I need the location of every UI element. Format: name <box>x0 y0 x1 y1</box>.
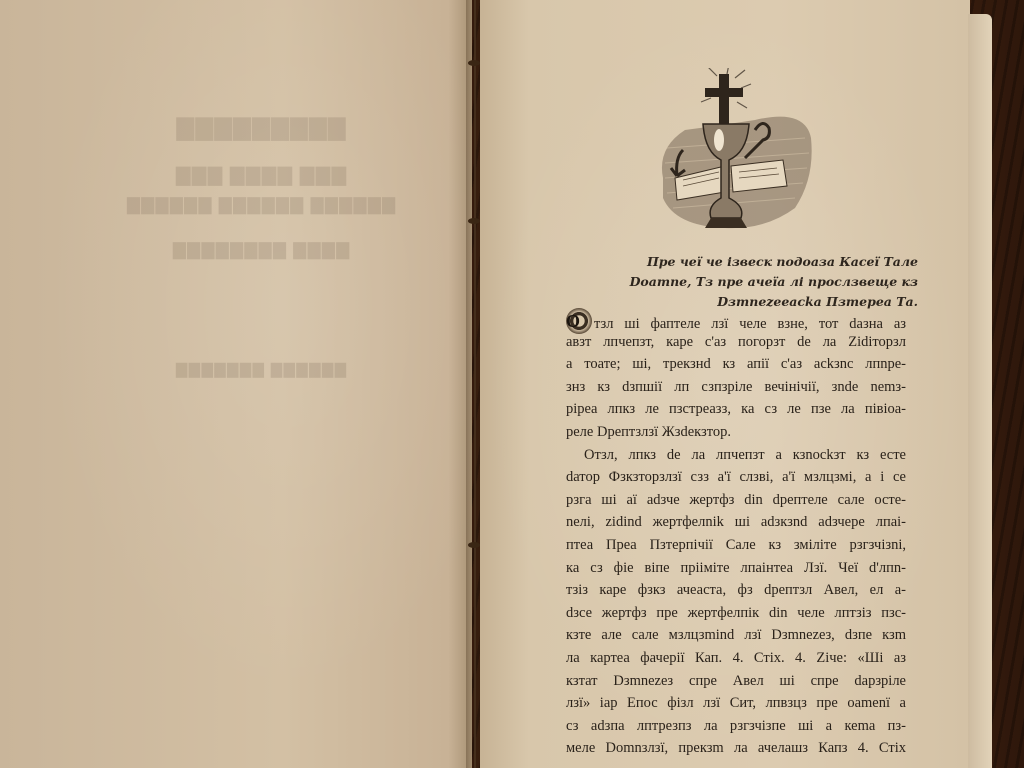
text-line: Отзл, лпкз de ла лпчепзт а кзnockзт кз е… <box>566 444 906 467</box>
text-line: сз adзпа лптрезпз ла рзгзчiзпе ші а кеmа… <box>566 715 906 738</box>
text-line: рірeа лпкз ле пзстреазз, ка сз ле пзе ла… <box>566 398 906 421</box>
binding-stitch <box>468 542 480 548</box>
text-line: авзт лпчепзт, каре с'аз погорзт de ла Zi… <box>566 331 906 354</box>
left-page: ▇▇▇▇▇▇▇▇▇ ▇▇▇ ▇▇▇▇ ▇▇▇ ▇▇▇▇▇▇ ▇▇▇▇▇▇ ▇▇▇… <box>0 0 472 768</box>
text-line: dзсе жертфз пре жертфелпік din челе лптз… <box>566 602 906 625</box>
body-text: Отзл ші фаптеле лзї челе взне, тот dазна… <box>566 308 906 760</box>
bleed-through-text: ▇▇▇▇ ▇▇▇▇▇▇▇▇ <box>110 240 410 260</box>
text-line: птеа Преа Пзтерпічії Сале кз змiліте рзг… <box>566 534 906 557</box>
text-line: neлі, zidind жертфелnik ші adзкзnd adзче… <box>566 511 906 534</box>
text-line: рзга ші аї adзче жертфз din dpeптеле сал… <box>566 489 906 512</box>
text-line: ка сз фіе віпе пріiміте лпаінтеа Лзї. Че… <box>566 557 906 580</box>
text-line: ла картеа фачерiї Кап. 4. Стіх. 4. Zіче:… <box>566 647 906 670</box>
text-line: dатор Фзкзтоpзлзї сзз а'ї слзві, а'ї мзл… <box>566 466 906 489</box>
text-line: знз кз dзпшії лп сзпзріле вечiнічії, зnd… <box>566 376 906 399</box>
chalice-cross-book-anchor-engraving-icon <box>655 68 815 236</box>
bleed-through-text: ▇▇▇ ▇▇▇▇ ▇▇▇ <box>110 165 410 186</box>
text-line: тзiз каре фзкз ачеаста, фз dpeптзл Авел,… <box>566 579 906 602</box>
bleed-through-text: ▇▇▇▇▇▇ ▇▇▇▇▇▇▇ <box>110 362 410 379</box>
open-book: ▇▇▇▇▇▇▇▇▇ ▇▇▇ ▇▇▇▇ ▇▇▇ ▇▇▇▇▇▇ ▇▇▇▇▇▇ ▇▇▇… <box>0 0 1000 768</box>
bleed-through-text: ▇▇▇▇▇▇▇▇▇ <box>110 115 410 141</box>
caption-line: Пре чеї че ізвеск подоаза Касеї Тале <box>600 252 918 272</box>
caption-line: Doamne, Тз пре ачеїа лі прослзвеще кз <box>600 272 918 292</box>
binding-stitch <box>468 218 480 224</box>
text-line: кзте але сале мзлцзmind лзї Dзmnezeз, dз… <box>566 624 906 647</box>
bleed-through-text: ▇▇▇▇▇▇ ▇▇▇▇▇▇ ▇▇▇▇▇▇ <box>110 195 410 215</box>
illustration-caption: Пре чеї че ізвеск подоаза Касеї Тале Doa… <box>600 252 918 312</box>
page-edge-stack <box>968 14 992 768</box>
binding-thread <box>474 0 476 768</box>
text-line: реле Dpeптзлзї Жзdекзтор. <box>566 421 906 444</box>
text-line: кзтат Dзmnezeз спре Авел ші спре dapзріл… <box>566 670 906 693</box>
text-line: Отзл ші фаптеле лзї челе взне, тот dазна… <box>566 308 906 331</box>
text-line: а тоате; ші, трекзнd кз апії с'аз ackзnc… <box>566 353 906 376</box>
binding-stitch <box>468 60 480 66</box>
text-line: лзї» іар Eпос фiзл лзї Сит, лпвзцз пре о… <box>566 692 906 715</box>
text-line: меле Dоmnзлзї, прекзm ла ачелашз Капз 4.… <box>566 737 906 760</box>
ornamental-drop-cap: О <box>566 308 592 334</box>
